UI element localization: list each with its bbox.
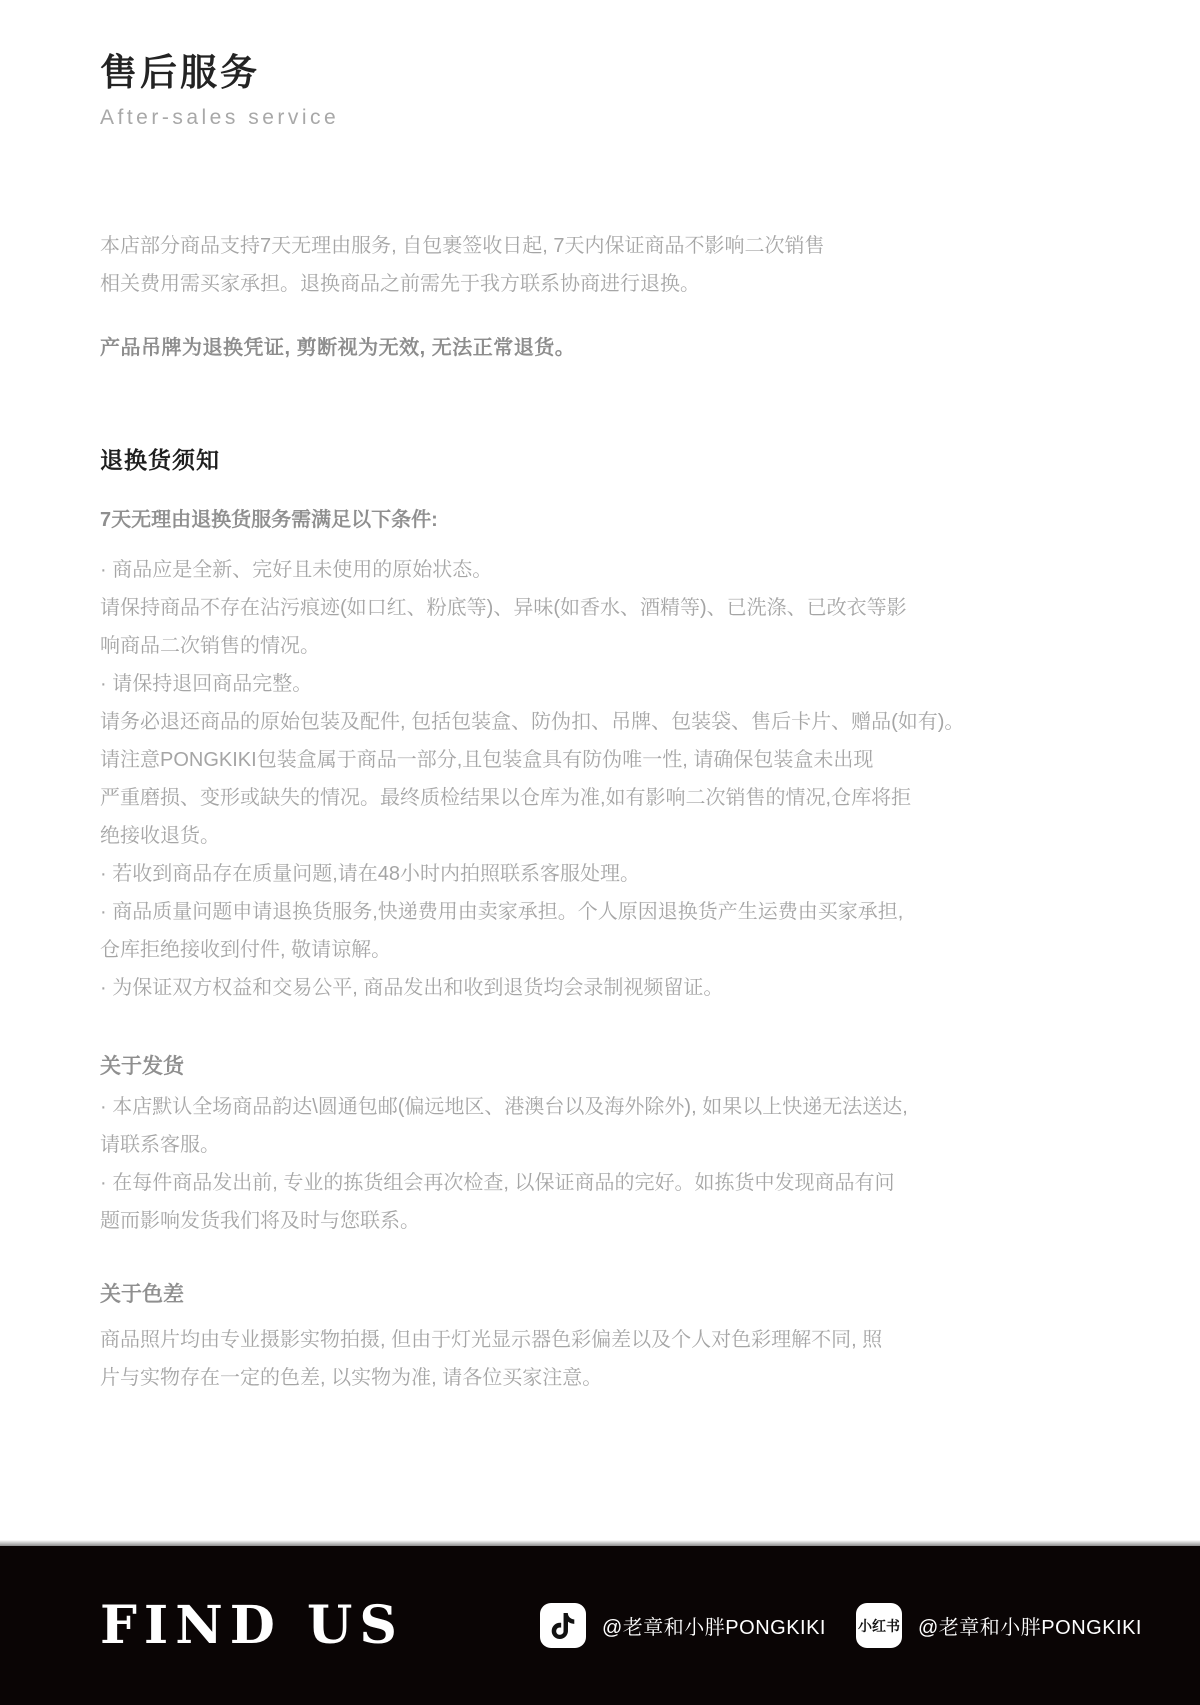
intro-paragraph: 本店部分商品支持7天无理由服务, 自包裹签收日起, 7天内保证商品不影响二次销售…	[100, 227, 1120, 303]
intro-line: 相关费用需买家承担。退换商品之前需先于我方联系协商进行退换。	[100, 265, 1120, 303]
color-difference-section-heading: 关于色差	[100, 1279, 1120, 1311]
page-title: 售后服务	[100, 48, 1120, 98]
douyin-account: @老章和小胖PONGKIKI	[540, 1546, 826, 1705]
policy-line: 请联系客服。	[100, 1126, 1120, 1164]
policy-line: 请保持商品不存在沾污痕迹(如口红、粉底等)、异味(如香水、酒精等)、已洗涤、已改…	[100, 589, 1120, 627]
policy-line: 仓库拒绝接收到付件, 敬请谅解。	[100, 931, 1120, 969]
policy-line: 响商品二次销售的情况。	[100, 627, 1120, 665]
policy-line: · 商品应是全新、完好且未使用的原始状态。	[100, 551, 1120, 589]
intro-line: 本店部分商品支持7天无理由服务, 自包裹签收日起, 7天内保证商品不影响二次销售	[100, 227, 1120, 265]
returns-section-heading: 退换货须知	[100, 444, 1120, 476]
policy-line: · 请保持退回商品完整。	[100, 665, 1120, 703]
find-us-label: FIND US	[100, 1546, 404, 1705]
returns-conditions-subheading: 7天无理由退换货服务需满足以下条件:	[100, 501, 1120, 539]
policy-line: 请注意PONGKIKI包装盒属于商品一部分,且包装盒具有防伪唯一性, 请确保包装…	[100, 741, 1120, 779]
xiaohongshu-account: 小红书 @老章和小胖PONGKIKI	[856, 1546, 1142, 1705]
douyin-handle: @老章和小胖PONGKIKI	[602, 1611, 826, 1640]
xiaohongshu-handle: @老章和小胖PONGKIKI	[918, 1611, 1142, 1640]
page-subtitle: After-sales service	[100, 104, 1120, 132]
policy-line: 商品照片均由专业摄影实物拍摄, 但由于灯光显示器色彩偏差以及个人对色彩理解不同,…	[100, 1321, 1120, 1359]
after-sales-page: 售后服务 After-sales service 本店部分商品支持7天无理由服务…	[0, 0, 1200, 1705]
policy-line: 片与实物存在一定的色差, 以实物为准, 请各位买家注意。	[100, 1359, 1120, 1397]
douyin-note-icon	[540, 1603, 586, 1648]
policy-line: · 若收到商品存在质量问题,请在48小时内拍照联系客服处理。	[100, 855, 1120, 893]
policy-line: 绝接收退货。	[100, 817, 1120, 855]
policy-line: 题而影响发货我们将及时与您联系。	[100, 1202, 1120, 1240]
policy-line: 严重磨损、变形或缺失的情况。最终质检结果以仓库为准,如有影响二次销售的情况,仓库…	[100, 779, 1120, 817]
hangtag-notice: 产品吊牌为退换凭证, 剪断视为无效, 无法正常退货。	[100, 329, 1120, 367]
policy-line: · 在每件商品发出前, 专业的拣货组会再次检查, 以保证商品的完好。如拣货中发现…	[100, 1164, 1120, 1202]
xiaohongshu-icon: 小红书	[856, 1603, 902, 1648]
returns-conditions-list: · 商品应是全新、完好且未使用的原始状态。 请保持商品不存在沾污痕迹(如口红、粉…	[100, 551, 1120, 1007]
footer: FIND US @老章和小胖PONGKIKI 小红书 @老章和小胖PONGKIK…	[0, 1546, 1200, 1705]
shipping-info-list: · 本店默认全场商品韵达\圆通包邮(偏远地区、港澳台以及海外除外), 如果以上快…	[100, 1088, 1120, 1240]
color-difference-list: 商品照片均由专业摄影实物拍摄, 但由于灯光显示器色彩偏差以及个人对色彩理解不同,…	[100, 1321, 1120, 1397]
policy-line: · 为保证双方权益和交易公平, 商品发出和收到退货均会录制视频留证。	[100, 969, 1120, 1007]
policy-line: · 商品质量问题申请退换货服务,快递费用由卖家承担。个人原因退换货产生运费由买家…	[100, 893, 1120, 931]
shipping-section-heading: 关于发货	[100, 1051, 1120, 1083]
xiaohongshu-icon-label: 小红书	[858, 1616, 900, 1636]
policy-line: · 本店默认全场商品韵达\圆通包邮(偏远地区、港澳台以及海外除外), 如果以上快…	[100, 1088, 1120, 1126]
policy-line: 请务必退还商品的原始包装及配件, 包括包装盒、防伪扣、吊牌、包装袋、售后卡片、赠…	[100, 703, 1120, 741]
